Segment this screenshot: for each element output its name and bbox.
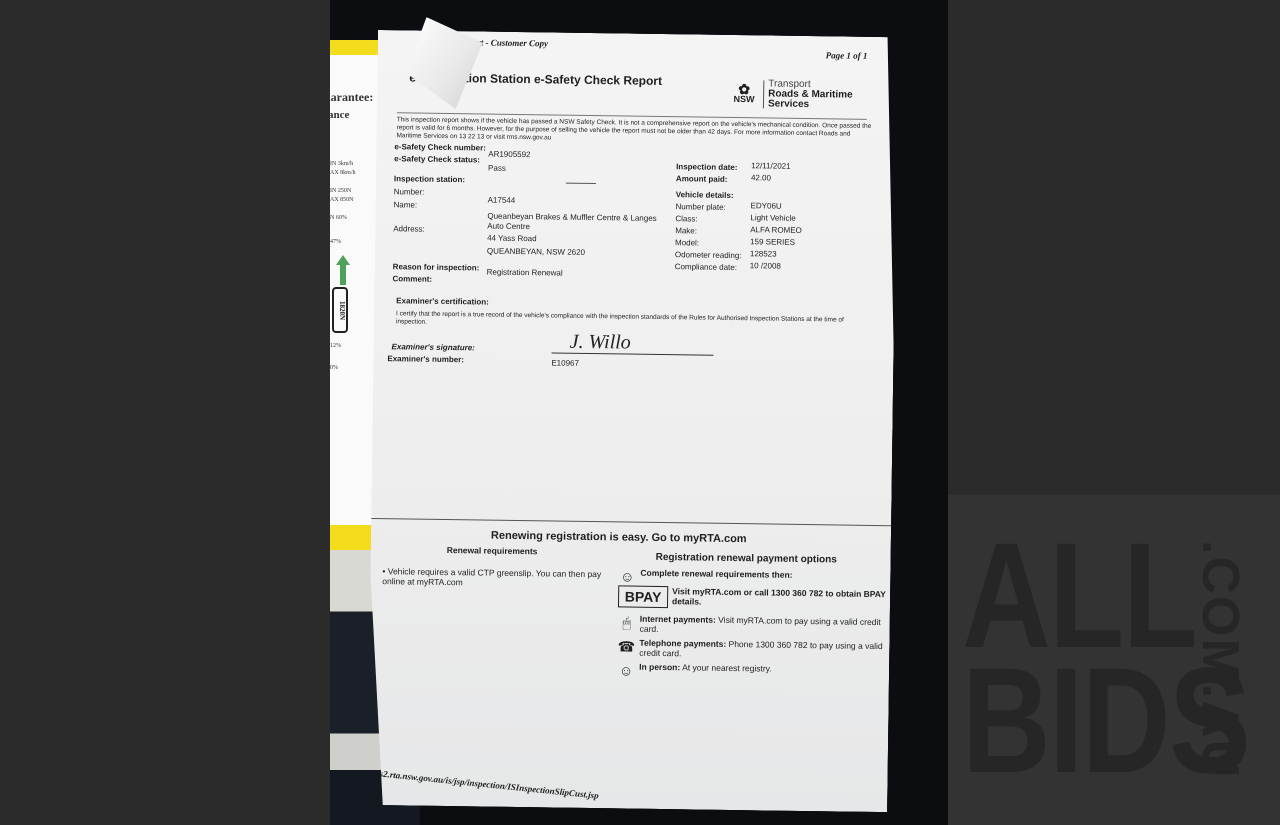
- examiner-signature: J. Willo: [569, 331, 630, 355]
- renewal-requirement-text: Vehicle requires a valid CTP greenslip. …: [382, 566, 601, 587]
- examiner-cert-heading: Examiner's certification:: [396, 296, 489, 306]
- guarantee-line: 47%: [330, 239, 341, 245]
- examiner-signature-label: Examiner's signature:: [392, 342, 475, 352]
- mouse-icon: 🖱: [618, 613, 636, 631]
- logo-divider: [763, 80, 764, 108]
- watermark-domain: .COM.AU: [1190, 540, 1250, 779]
- signature-line: [552, 352, 714, 355]
- person-icon: ☺: [618, 567, 636, 585]
- comment-label: Comment:: [392, 274, 432, 284]
- payment-option-bold: Complete renewal requirements then:: [640, 568, 792, 580]
- inspection-date-label: Inspection date:: [676, 162, 737, 172]
- vehicle-field-label: Compliance date:: [675, 262, 737, 272]
- payment-option-text: Visit myRTA.com or call 1300 360 782 to …: [672, 586, 886, 606]
- guarantee-line: 0%: [330, 365, 338, 371]
- check-status-label: e-Safety Check status:: [394, 154, 480, 164]
- examiner-cert-text: I certify that the report is a true reco…: [396, 310, 866, 333]
- telephone-icon: ☎: [617, 637, 635, 655]
- payment-option: 🖱 Internet payments: Visit myRTA.com to …: [618, 613, 888, 637]
- pencil-mark: [566, 183, 596, 184]
- vehicle-field-label: Class:: [675, 214, 697, 223]
- amount-paid-value: 42.00: [751, 173, 771, 182]
- guarantee-line: IN 250N: [330, 188, 351, 194]
- payment-option: BPAY Visit myRTA.com or call 1300 360 78…: [618, 585, 888, 611]
- vehicle-field-value: 10 /2008: [750, 261, 781, 270]
- station-number-label: Number:: [394, 187, 425, 196]
- station-number-value: A17544: [488, 196, 516, 205]
- footer-url: ds2.rta.nsw.gov.au/is/jsp/inspection/ISI…: [375, 768, 600, 801]
- waratah-flower-icon: ✿: [729, 84, 759, 94]
- guarantee-subtitle: ance: [330, 109, 349, 121]
- station-name-label: Name:: [393, 200, 417, 209]
- examiner-number-value: E10967: [551, 358, 579, 367]
- vehicle-field-value: 128523: [750, 249, 777, 258]
- vehicle-field-label: Odometer reading:: [675, 250, 742, 260]
- logo-services: Services: [768, 99, 853, 110]
- guarantee-line: IN 3km/h: [330, 161, 353, 167]
- station-address-line1: 44 Yass Road: [487, 234, 537, 244]
- vehicle-field-label: Number plate:: [675, 202, 725, 212]
- inspection-station-heading: Inspection station:: [394, 174, 465, 184]
- station-address-line2: QUEANBEYAN, NSW 2620: [487, 247, 585, 257]
- vehicle-field-value: EDY06U: [751, 201, 782, 210]
- section-divider: [371, 518, 891, 526]
- amount-paid-label: Amount paid:: [676, 174, 728, 184]
- guarantee-line: AX 850N: [330, 197, 354, 203]
- guarantee-title: uarantee:: [330, 90, 373, 105]
- renewal-title: Renewing registration is easy. Go to myR…: [491, 530, 747, 546]
- vehicle-field-value: 159 SERIES: [750, 237, 795, 247]
- check-status-value: Pass: [488, 164, 506, 173]
- left-background: [0, 0, 330, 825]
- guarantee-line: AX 8km/h: [330, 170, 356, 176]
- reason-value: Registration Renewal: [487, 268, 563, 278]
- payment-option-bold: In person:: [639, 662, 680, 673]
- customer-copy-header: ort - Customer Copy: [473, 37, 548, 48]
- vehicle-field-label: Make:: [675, 226, 697, 235]
- reason-label: Reason for inspection:: [393, 262, 480, 272]
- bpay-logo: BPAY: [618, 585, 668, 608]
- person-icon: ☺: [617, 661, 635, 679]
- up-arrow-stem: [340, 265, 346, 285]
- payment-options-heading: Registration renewal payment options: [656, 552, 837, 566]
- up-arrow-icon: [336, 255, 350, 265]
- page-number: Page 1 of 1: [826, 50, 868, 61]
- examiner-number-label: Examiner's number:: [387, 354, 464, 364]
- payment-option: ☎ Telephone payments: Phone 1300 360 782…: [617, 637, 887, 661]
- station-address-label: Address:: [393, 224, 425, 233]
- vehicle-field-label: Model:: [675, 238, 699, 247]
- guarantee-line: 12%: [330, 343, 341, 349]
- guarantee-line: N 60%: [330, 215, 347, 221]
- renewal-requirements-heading: Renewal requirements: [447, 545, 538, 556]
- payment-option-text: At your nearest registry.: [680, 662, 772, 673]
- station-name-value-2: Auto Centre: [487, 222, 530, 232]
- guarantee-card: uarantee: ance IN 3km/h AX 8km/h IN 250N…: [330, 55, 378, 525]
- vehicle-details-heading: Vehicle details:: [676, 190, 734, 200]
- waratah-icon: ✿ NSW: [729, 84, 759, 104]
- payment-option: ☺ In person: At your nearest registry.: [617, 661, 887, 683]
- gauge-badge: 1820N: [332, 287, 348, 333]
- vehicle-field-value: ALFA ROMEO: [750, 225, 802, 235]
- check-number-value: AR1905592: [488, 150, 530, 160]
- vehicle-field-value: Light Vehicle: [750, 213, 795, 223]
- check-number-label: e-Safety Check number:: [394, 142, 486, 152]
- nsw-transport-logo: ✿ NSW Transport Roads & Maritime Service…: [729, 79, 853, 111]
- renewal-requirement-item: • Vehicle requires a valid CTP greenslip…: [382, 566, 602, 589]
- nsw-text: NSW: [734, 94, 755, 104]
- safety-check-report: ort - Customer Copy Page 1 of 1 ed Inspe…: [367, 30, 898, 812]
- inspection-date-value: 12/11/2021: [751, 161, 791, 171]
